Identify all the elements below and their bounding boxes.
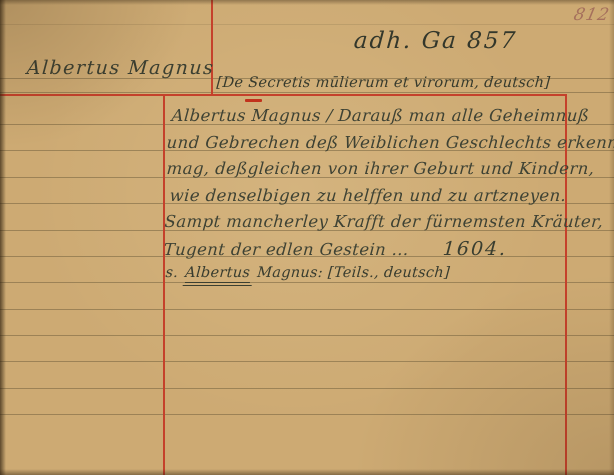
- body-line: Albertus Magnus / Darauß man alle Geheim…: [171, 106, 590, 125]
- ruled-line: [0, 92, 614, 93]
- body-line: und Gebrechen deß Weiblichen Geschlechts…: [166, 133, 614, 152]
- ruled-line: [0, 282, 614, 283]
- red-vertical-line-top: [211, 0, 213, 96]
- body-line-text: Tugent der edlen Gestein ...: [163, 240, 409, 259]
- red-margin-line-left: [163, 94, 165, 475]
- library-catalog-card: 812 adh. Ga 857 Albertus Magnus [De Secr…: [0, 0, 614, 475]
- ruled-line: [0, 24, 614, 25]
- red-header-separator-line: [0, 94, 567, 96]
- reference-line: s.AlbertusMagnus: [Teils., deutsch]: [165, 265, 451, 281]
- publication-year: 1604.: [442, 238, 508, 260]
- ruled-line: [0, 388, 614, 389]
- author-heading: Albertus Magnus: [26, 57, 215, 79]
- red-emphasis-dash: [245, 99, 262, 102]
- corner-number: 812: [572, 5, 612, 25]
- body-line: mag, deßgleichen von ihrer Geburt und Ki…: [166, 159, 595, 178]
- body-line: Sampt mancherley Krafft der fürnemsten K…: [164, 212, 604, 231]
- uniform-title: [De Secretis mūlierum et virorum, deutsc…: [216, 75, 551, 91]
- reference-prefix: s.: [165, 265, 179, 281]
- reference-name-underlined: Albertus: [185, 265, 251, 283]
- ruled-line: [0, 361, 614, 362]
- ruled-line: [0, 335, 614, 336]
- ruled-line: [0, 309, 614, 310]
- reference-rest: Magnus: [Teils., deutsch]: [257, 265, 451, 281]
- body-line: Tugent der edlen Gestein ... 1604.: [163, 238, 508, 260]
- ruled-line: [0, 414, 614, 415]
- body-line: wie denselbigen zu helffen und zu artzne…: [169, 186, 567, 205]
- shelfmark: adh. Ga 857: [353, 28, 518, 54]
